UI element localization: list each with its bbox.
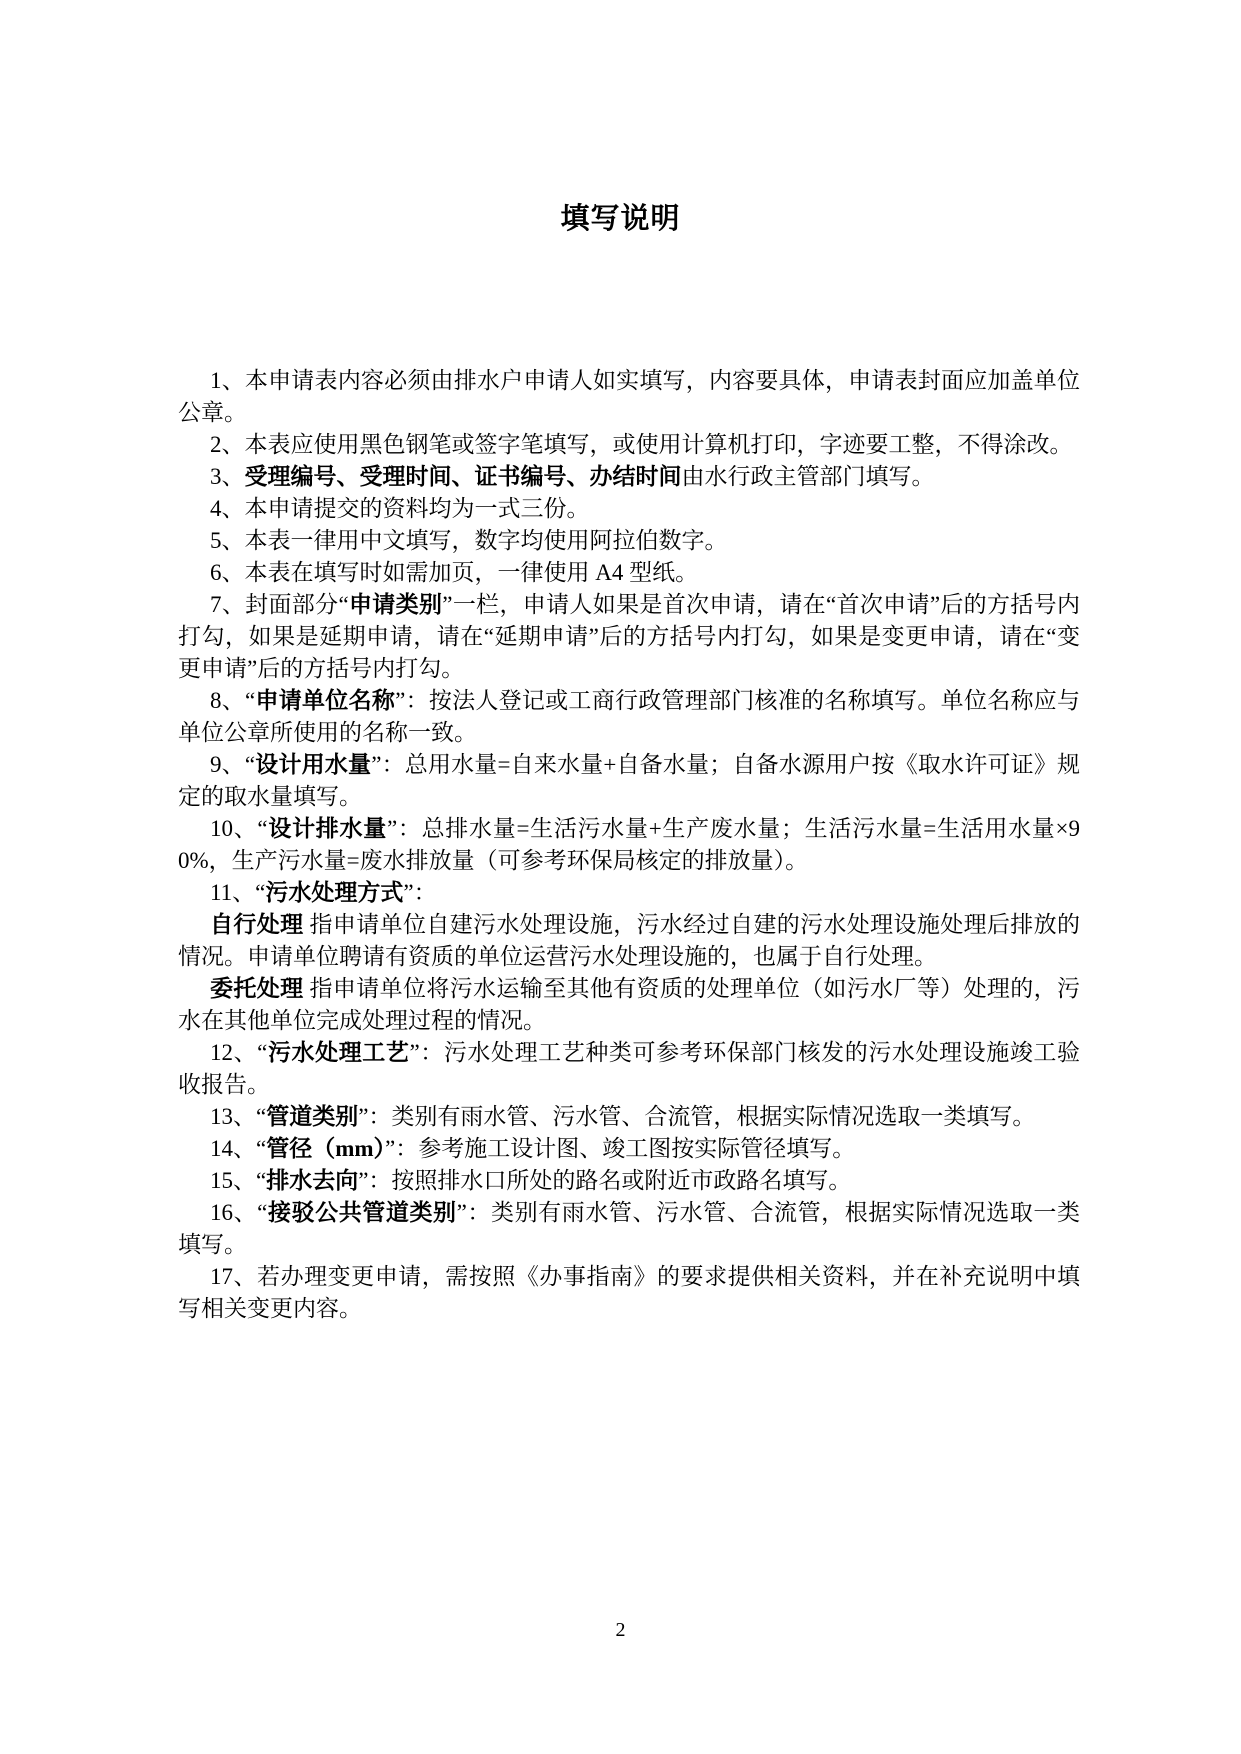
instruction-text: 8、“ — [210, 688, 255, 713]
instruction-paragraph: 16、“接驳公共管道类别”：类别有雨水管、污水管、合流管，根据实际情况选取一类填… — [178, 1197, 1080, 1261]
instruction-text: 3、 — [210, 464, 245, 489]
page-number: 2 — [0, 1619, 1241, 1642]
instruction-paragraph: 14、“管径（mm）”：参考施工设计图、竣工图按实际管径填写。 — [178, 1133, 1080, 1165]
instruction-bold-text: 受理编号、受理时间、证书编号、办结时间 — [245, 464, 682, 489]
instruction-text: ”：类别有雨水管、污水管、合流管，根据实际情况选取一类填写。 — [358, 1104, 1035, 1129]
instruction-bold-text: 污水处理工艺 — [267, 1040, 409, 1065]
instruction-paragraph: 11、“污水处理方式”： — [178, 877, 1080, 909]
instruction-paragraph: 8、“申请单位名称”：按法人登记或工商行政管理部门核准的名称填写。单位名称应与单… — [178, 685, 1080, 749]
instruction-bold-text: 设计用水量 — [255, 752, 371, 777]
instruction-paragraph: 10、“设计排水量”：总排水量=生活污水量+生产废水量；生活污水量=生活用水量×… — [178, 813, 1080, 877]
instruction-text: 7、封面部分“ — [210, 592, 349, 617]
instruction-paragraph: 5、本表一律用中文填写，数字均使用阿拉伯数字。 — [178, 525, 1080, 557]
document-page: 填写说明 1、本申请表内容必须由排水户申请人如实填写，内容要具体，申请表封面应加… — [0, 0, 1241, 1754]
instruction-paragraph: 2、本表应使用黑色钢笔或签字笔填写，或使用计算机打印，字迹要工整，不得涂改。 — [178, 429, 1080, 461]
instruction-paragraph: 17、若办理变更申请，需按照《办事指南》的要求提供相关资料，并在补充说明中填写相… — [178, 1261, 1080, 1325]
instruction-paragraph: 7、封面部分“申请类别”一栏，申请人如果是首次申请，请在“首次申请”后的方括号内… — [178, 589, 1080, 685]
instruction-bold-text: 管道类别 — [266, 1104, 358, 1129]
instruction-text: 17、若办理变更申请，需按照《办事指南》的要求提供相关资料，并在补充说明中填写相… — [178, 1264, 1080, 1321]
instruction-text: 由水行政主管部门填写。 — [682, 464, 935, 489]
instruction-text: 14、“ — [210, 1136, 266, 1161]
instruction-bold-text: 设计排水量 — [268, 816, 387, 841]
instruction-bold-text: 申请类别 — [349, 592, 443, 617]
instruction-text: 指申请单位自建污水处理设施，污水经过自建的污水处理设施处理后排放的情况。申请单位… — [178, 912, 1080, 969]
instruction-text: 5、本表一律用中文填写，数字均使用阿拉伯数字。 — [210, 528, 728, 553]
instruction-paragraph: 13、“管道类别”：类别有雨水管、污水管、合流管，根据实际情况选取一类填写。 — [178, 1101, 1080, 1133]
instruction-text: 6、本表在填写时如需加页，一律使用 A4 型纸。 — [210, 560, 698, 585]
instruction-text: 13、“ — [210, 1104, 266, 1129]
instruction-text: 2、本表应使用黑色钢笔或签字笔填写，或使用计算机打印，字迹要工整，不得涂改。 — [210, 432, 1073, 457]
instruction-paragraph: 9、“设计用水量”：总用水量=自来水量+自备水量；自备水源用户按《取水许可证》规… — [178, 749, 1080, 813]
page-title: 填写说明 — [0, 196, 1241, 237]
instruction-bold-text: 污水处理方式 — [265, 880, 403, 905]
instruction-paragraph: 15、“排水去向”：按照排水口所处的路名或附近市政路名填写。 — [178, 1165, 1080, 1197]
instruction-text: 10、“ — [210, 816, 268, 841]
instruction-bold-text: 申请单位名称 — [255, 688, 395, 713]
instruction-paragraph: 1、本申请表内容必须由排水户申请人如实填写，内容要具体，申请表封面应加盖单位公章… — [178, 365, 1080, 429]
instruction-text: 12、“ — [210, 1040, 267, 1065]
instruction-bold-text: 接驳公共管道类别 — [267, 1200, 456, 1225]
instruction-bold-text: 管径（mm） — [266, 1136, 385, 1161]
instruction-text: 15、“ — [210, 1168, 266, 1193]
instruction-paragraph: 12、“污水处理工艺”：污水处理工艺种类可参考环保部门核发的污水处理设施竣工验收… — [178, 1037, 1080, 1101]
instruction-text: ”：按照排水口所处的路名或附近市政路名填写。 — [358, 1168, 851, 1193]
instructions-list: 1、本申请表内容必须由排水户申请人如实填写，内容要具体，申请表封面应加盖单位公章… — [0, 365, 1241, 1325]
instruction-text: 9、“ — [210, 752, 255, 777]
instruction-paragraph: 3、受理编号、受理时间、证书编号、办结时间由水行政主管部门填写。 — [178, 461, 1080, 493]
instruction-text: 1、本申请表内容必须由排水户申请人如实填写，内容要具体，申请表封面应加盖单位公章… — [178, 368, 1080, 425]
instruction-text: 11、“ — [210, 880, 265, 905]
instruction-text: 4、本申请提交的资料均为一式三份。 — [210, 496, 590, 521]
instruction-text: ”：参考施工设计图、竣工图按实际管径填写。 — [385, 1136, 855, 1161]
instruction-text: ”： — [403, 880, 436, 905]
instruction-text: 16、“ — [210, 1200, 267, 1225]
instruction-bold-text: 自行处理 — [210, 912, 303, 937]
instruction-paragraph: 委托处理 指申请单位将污水运输至其他有资质的处理单位（如污水厂等）处理的，污水在… — [178, 973, 1080, 1037]
instruction-bold-text: 委托处理 — [210, 976, 303, 1001]
instruction-paragraph: 4、本申请提交的资料均为一式三份。 — [178, 493, 1080, 525]
instruction-text: 指申请单位将污水运输至其他有资质的处理单位（如污水厂等）处理的，污水在其他单位完… — [178, 976, 1080, 1033]
instruction-paragraph: 自行处理 指申请单位自建污水处理设施，污水经过自建的污水处理设施处理后排放的情况… — [178, 909, 1080, 973]
instruction-bold-text: 排水去向 — [266, 1168, 358, 1193]
instruction-paragraph: 6、本表在填写时如需加页，一律使用 A4 型纸。 — [178, 557, 1080, 589]
